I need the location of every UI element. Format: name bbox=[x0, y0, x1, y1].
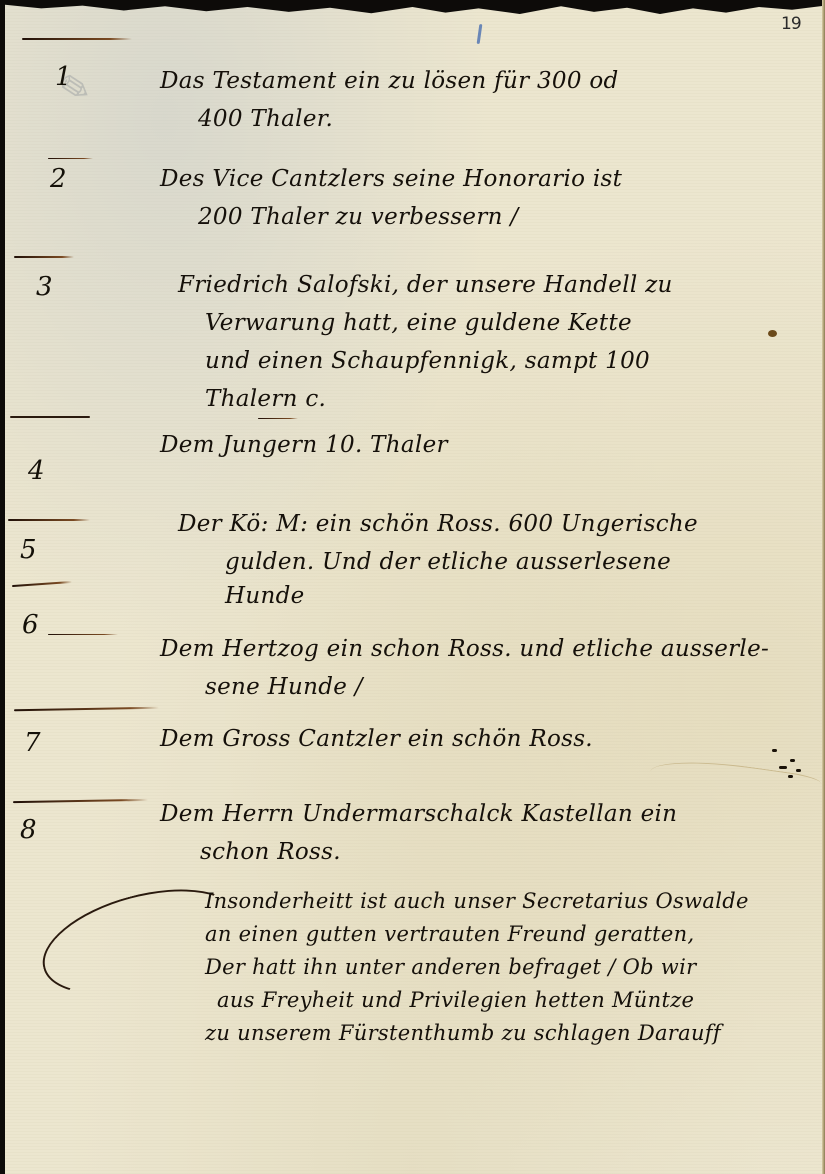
margin-rule bbox=[10, 416, 90, 418]
left-dark-edge bbox=[0, 0, 5, 1174]
entry-line: Des Vice Cantzlers seine Honorario ist bbox=[160, 160, 790, 198]
blue-pencil-mark bbox=[477, 24, 483, 44]
entry-5: Der Kö: M: ein schön Ross. 600 Ungerisch… bbox=[160, 505, 790, 611]
entry-line: Hunde bbox=[160, 581, 790, 611]
paragraph-line: aus Freyheit und Privilegien hetten Münt… bbox=[205, 984, 795, 1017]
paragraph-line: Insonderheitt ist auch unser Secretarius… bbox=[205, 885, 795, 918]
closing-paragraph: Insonderheitt ist auch unser Secretarius… bbox=[205, 885, 795, 1050]
margin-rule bbox=[14, 707, 159, 712]
margin-rule bbox=[8, 519, 90, 521]
margin-rule bbox=[48, 634, 118, 635]
entry-number: 3 bbox=[36, 272, 53, 302]
entry-line: Friedrich Salofski, der unsere Handell z… bbox=[160, 266, 790, 304]
entry-8: Dem Herrn Undermarschalck Kastellan ein … bbox=[160, 795, 790, 871]
margin-rule bbox=[258, 418, 298, 419]
entry-line: 400 Thaler. bbox=[160, 100, 790, 138]
entry-line: Thalern c. bbox=[160, 380, 790, 418]
torn-top-edge bbox=[0, 0, 825, 14]
entry-number: 2 bbox=[50, 164, 67, 194]
entry-line: Dem Gross Cantzler ein schön Ross. bbox=[160, 720, 790, 758]
entry-line: Dem Herrn Undermarschalck Kastellan ein bbox=[160, 795, 790, 833]
entry-line: Verwarung hatt, eine guldene Kette bbox=[160, 304, 790, 342]
margin-rule bbox=[14, 256, 74, 258]
entry-6: Dem Hertzog ein schon Ross. und etliche … bbox=[160, 630, 790, 706]
entry-number: 6 bbox=[22, 610, 39, 640]
entry-number: 1 bbox=[55, 62, 72, 92]
manuscript-page: 19 ✎ 1 2 3 4 5 6 7 8 Das Testament ein z… bbox=[0, 0, 825, 1174]
folio-number: 19 bbox=[781, 14, 801, 34]
entry-line: Dem Hertzog ein schon Ross. und etliche … bbox=[160, 630, 790, 668]
margin-rule bbox=[22, 38, 132, 40]
ink-stain bbox=[768, 330, 777, 337]
entry-1: Das Testament ein zu lösen für 300 od 40… bbox=[160, 62, 790, 138]
entry-line: Das Testament ein zu lösen für 300 od bbox=[160, 62, 790, 100]
entry-number: 8 bbox=[20, 815, 37, 845]
paragraph-line: zu unserem Fürstenthumb zu schlagen Dara… bbox=[205, 1017, 795, 1050]
entry-line: und einen Schaupfennigk, sampt 100 bbox=[160, 342, 790, 380]
margin-rule bbox=[48, 158, 93, 159]
paragraph-line: an einen gutten vertrauten Freund geratt… bbox=[205, 918, 795, 951]
entry-line: Dem Jungern 10. Thaler bbox=[160, 426, 790, 464]
margin-rule bbox=[13, 799, 148, 803]
entry-number: 7 bbox=[24, 728, 41, 758]
margin-rule bbox=[12, 581, 72, 587]
entry-line: 200 Thaler zu verbessern / bbox=[160, 198, 790, 236]
entry-4: Dem Jungern 10. Thaler bbox=[160, 426, 790, 464]
entry-line: sene Hunde / bbox=[160, 668, 790, 706]
entry-2: Des Vice Cantzlers seine Honorario ist 2… bbox=[160, 160, 790, 236]
entry-3: Friedrich Salofski, der unsere Handell z… bbox=[160, 266, 790, 418]
entry-line: gulden. Und der etliche ausserlesene bbox=[160, 543, 790, 581]
entry-line: Der Kö: M: ein schön Ross. 600 Ungerisch… bbox=[160, 505, 790, 543]
entry-number: 5 bbox=[20, 535, 37, 565]
entry-7: Dem Gross Cantzler ein schön Ross. bbox=[160, 720, 790, 758]
entry-number: 4 bbox=[28, 456, 45, 486]
paragraph-line: Der hatt ihn unter anderen befraget / Ob… bbox=[205, 951, 795, 984]
entry-line: schon Ross. bbox=[160, 833, 790, 871]
